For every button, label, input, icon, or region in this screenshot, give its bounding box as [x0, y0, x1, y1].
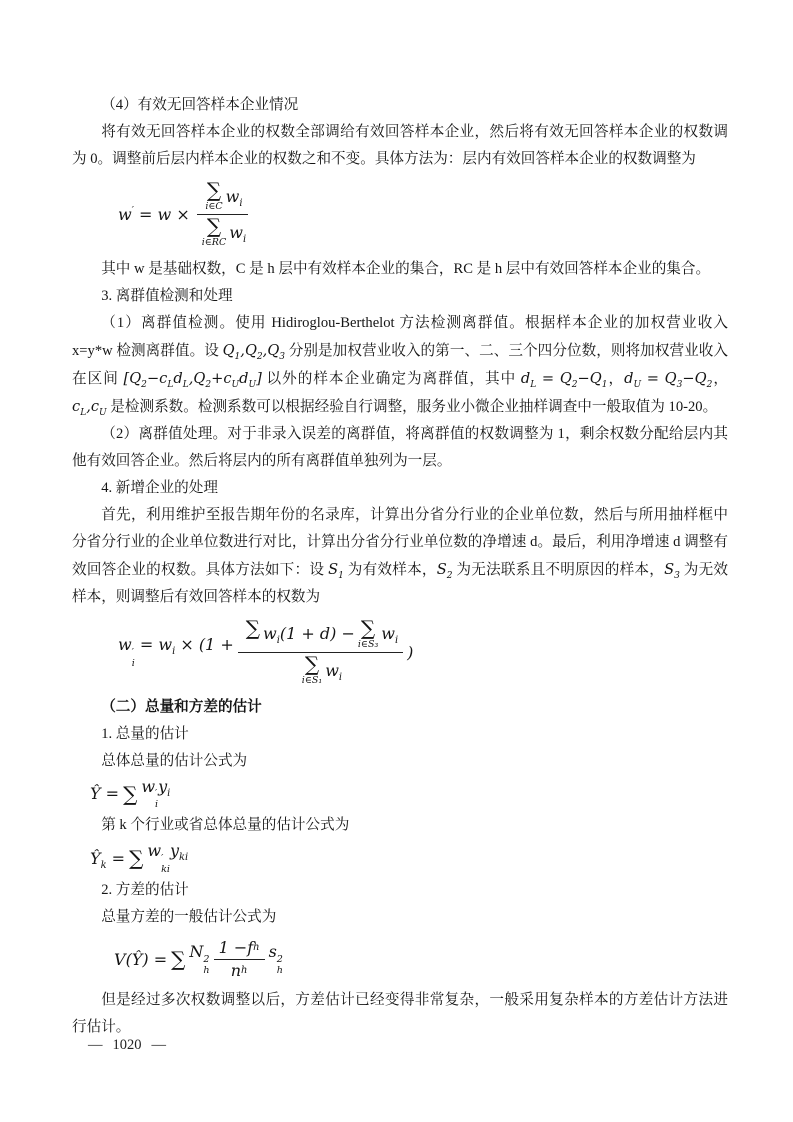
paragraph-total-intro: 总体总量的估计公式为: [72, 748, 728, 775]
sigma-symbol: ∑: [207, 180, 221, 200]
paragraph-outlier-detection: （1）离群值检测。使用 Hidiroglou-Berthelot 方法检测离群值…: [72, 310, 728, 421]
sum-term: w′kiyki: [147, 841, 188, 875]
paragraph-industry-intro: 第 k 个行业或省总体总量的估计公式为: [72, 812, 728, 839]
heading-outlier-section: 3. 离群值检测和处理: [72, 283, 728, 310]
formula-lhs: Ŷ =: [90, 784, 119, 803]
paragraph-variance-intro: 总量方差的一般估计公式为: [72, 904, 728, 931]
fraction-numerator: 1 − fh: [214, 937, 265, 960]
summation: ∑ i∈RC: [202, 216, 227, 248]
fraction: ∑ wi(1 + d) − ∑ i∈S₃ wi ∑ i∈S₁ wi: [238, 617, 403, 688]
text-segment: 为无法联系且不明原因的样本，: [453, 562, 665, 578]
sum-limit: i∈S₁: [302, 675, 322, 686]
inline-math-quartiles: Q1,Q2,Q3: [223, 342, 285, 359]
paragraph-nonresponse-adjustment: 将有效无回答样本企业的权数全部调给有效回答样本企业，然后将有效无回答样本企业的权…: [72, 119, 728, 173]
formula-lhs: Ŷk =: [90, 849, 125, 868]
inline-math-s3: S3: [664, 561, 680, 578]
summation: ∑: [246, 618, 260, 650]
paragraph-symbol-definitions: 其中 w 是基础权数，C 是 h 层中有效样本企业的集合，RC 是 h 层中有效…: [72, 256, 728, 283]
document-content: （4）有效无回答样本企业情况 将有效无回答样本企业的权数全部调给有效回答样本企业…: [72, 92, 728, 1041]
summation: ∑ i∈S₁: [302, 654, 322, 686]
page-number-dash-right: —: [152, 1037, 167, 1053]
document-page: { "doc": { "heading4": "（4）有效无回答样本企业情况",…: [0, 0, 793, 1122]
sigma-symbol: ∑: [305, 654, 319, 674]
fraction: 1 − fh nh: [214, 937, 265, 981]
fraction-denominator: ∑ i∈S₁ wi: [294, 653, 347, 687]
sigma-symbol: ∑: [207, 216, 221, 236]
heading-effective-nonresponse: （4）有效无回答样本企业情况: [72, 92, 728, 119]
page-number-value: 1020: [113, 1037, 142, 1053]
heading-new-enterprises: 4. 新增企业的处理: [72, 475, 728, 502]
formula-pre-term: N2h: [189, 942, 209, 976]
inline-math-interval: [Q2−cLdL,Q2+cUdU]: [124, 370, 262, 387]
formula-lhs: w′ = w ×: [118, 205, 190, 224]
sum-term: wi: [381, 624, 398, 643]
sigma-symbol: ∑: [246, 618, 260, 638]
paragraph-outlier-handling: （2）离群值处理。对于非录入误差的离群值，将离群值的权数调整为 1，剩余权数分配…: [72, 421, 728, 475]
sum-term: wi: [226, 187, 243, 206]
inline-math-du: dU = Q3−Q2: [624, 370, 712, 387]
sum-term: wi: [325, 661, 342, 680]
inline-math-cl-cu: cL,cU: [72, 398, 107, 415]
sigma-symbol: ∑: [129, 846, 143, 870]
formula-total-estimator: Ŷ = ∑ w′iyi: [90, 777, 728, 811]
paragraph-conclusion: 但是经过多次权数调整以后，方差估计已经变得非常复杂，一般采用复杂样本的方差估计方…: [72, 987, 728, 1041]
page-number: —1020—: [88, 1037, 176, 1054]
sum-limit: i∈C: [205, 201, 222, 212]
summation: ∑ i∈S₃: [358, 618, 378, 650]
heading-total-estimation: 1. 总量的估计: [72, 721, 728, 748]
text-segment: 为有效样本，: [344, 562, 437, 578]
sigma-symbol: ∑: [361, 618, 375, 638]
sum-term: w′iyi: [141, 777, 170, 811]
sum-term: wi: [229, 223, 246, 242]
formula-weight-reallocation: w′ = w × ∑ i∈C wi ∑ i∈RC wi: [118, 179, 728, 250]
summation: ∑ i∈C: [205, 180, 222, 212]
inline-math-s2: S2: [437, 561, 453, 578]
sum-limit: i∈RC: [202, 237, 227, 248]
formula-rhs: ): [407, 643, 413, 662]
text-segment: 以外的样本企业确定为离群值，其中: [262, 371, 521, 387]
inline-math-s1: S1: [328, 561, 344, 578]
paragraph-new-enterprises: 首先，利用维护至报告期年份的名录库，计算出分省分行业的企业单位数，然后与所用抽样…: [72, 502, 728, 611]
fraction: ∑ i∈C wi ∑ i∈RC wi: [194, 179, 251, 250]
formula-lhs: w′i = wi × (1 +: [118, 635, 234, 669]
inline-math-dl: dL = Q2−Q1: [521, 370, 608, 387]
formula-variance-estimator: V(Ŷ) = ∑ N2h 1 − fh nh s2h: [114, 937, 728, 981]
formula-growth-adjustment: w′i = wi × (1 + ∑ wi(1 + d) − ∑ i∈S₃ wi …: [118, 617, 728, 688]
formula-lhs: V(Ŷ) =: [114, 950, 167, 969]
page-number-dash-left: —: [88, 1037, 103, 1053]
fraction-denominator: nh: [226, 960, 253, 981]
text-segment: ，: [712, 371, 728, 387]
formula-post-term: s2h: [269, 942, 283, 976]
fraction-denominator: ∑ i∈RC wi: [194, 215, 251, 249]
formula-industry-total-estimator: Ŷk = ∑ w′kiyki: [90, 841, 728, 875]
heading-variance-estimation: 2. 方差的估计: [72, 877, 728, 904]
sigma-symbol: ∑: [123, 782, 137, 806]
text-segment: 是检测系数。检测系数可以根据经验自行调整，服务业小微企业抽样调查中一般取值为 1…: [107, 399, 718, 415]
sum-term: wi(1 + d) −: [263, 624, 355, 643]
fraction-numerator: ∑ i∈C wi: [197, 179, 247, 215]
sigma-symbol: ∑: [171, 947, 185, 971]
heading-section-two: （二）总量和方差的估计: [72, 694, 728, 721]
sum-limit: i∈S₃: [358, 639, 378, 650]
text-segment: ，: [608, 371, 625, 387]
fraction-numerator: ∑ wi(1 + d) − ∑ i∈S₃ wi: [238, 617, 403, 653]
